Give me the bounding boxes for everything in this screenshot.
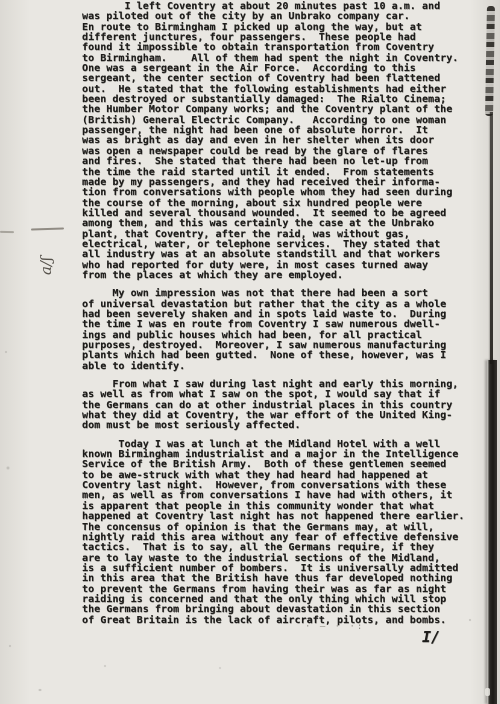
scan-edge-line (490, 112, 494, 364)
pencil-dash-left (0, 231, 14, 233)
ink-smudge: · – · ·: (305, 622, 364, 632)
paragraph-1: I left Coventry at about 20 minutes past… (82, 2, 482, 281)
handwritten-margin-note: a/ʃ (24, 244, 68, 288)
scan-edge-notch (485, 688, 490, 696)
paragraph-3: From what I saw during last night and ea… (82, 380, 482, 432)
paragraph-4: Today I was at lunch at the Midland Hote… (82, 440, 482, 626)
scan-edge-thick-band (487, 360, 497, 704)
scan-edge-blotch (485, 6, 495, 116)
paragraph-2: My own impression was not that there had… (82, 289, 482, 372)
page-continuation-mark: I/ (422, 628, 440, 646)
typed-text-block: I left Coventry at about 20 minutes past… (82, 2, 482, 634)
scan-edge-artifact (480, 0, 500, 704)
